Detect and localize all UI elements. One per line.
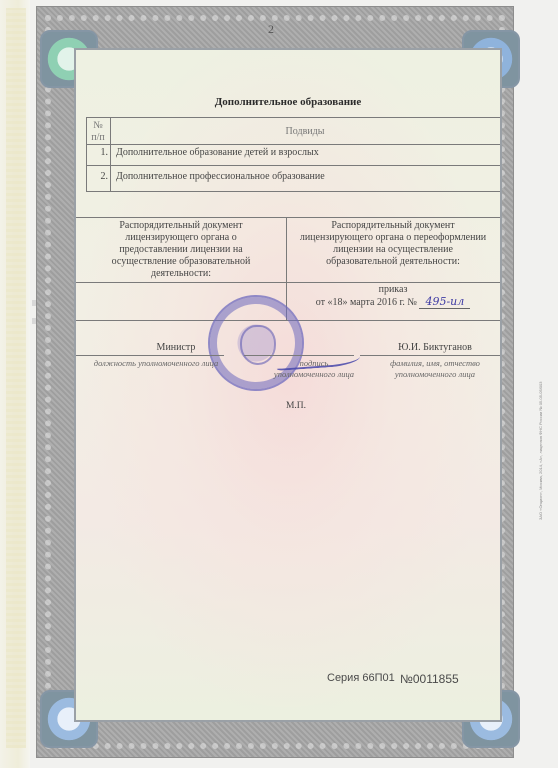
license-sheet: Дополнительное образование № п/п Подвиды… — [74, 48, 502, 722]
row-name: Дополнительное образование детей и взрос… — [116, 147, 319, 159]
order-number: 495-ил — [419, 295, 470, 309]
form-number: №0011855 — [400, 672, 459, 686]
paper-edge-left — [0, 0, 30, 768]
row-number: 2. — [88, 171, 108, 183]
signer-position: Министр — [116, 342, 236, 354]
table-rule — [86, 165, 500, 166]
header-number-line: п/п — [86, 132, 110, 144]
table-rule — [86, 144, 500, 145]
signature-rule — [360, 355, 500, 356]
header-subtype: Подвиды — [110, 126, 500, 138]
caption-line: подпись — [244, 358, 384, 369]
label-line: лицензирующего органа о — [80, 232, 282, 244]
reissuance-order: приказ от «18» марта 2016 г. № 495-ил — [288, 284, 498, 309]
label-line: деятельности: — [80, 268, 282, 280]
series-label: Серия — [327, 672, 359, 684]
page-number: 2 — [268, 22, 274, 37]
seal-place: М.П. — [266, 400, 326, 412]
number-value: 0011855 — [413, 672, 459, 686]
block-rule — [76, 217, 500, 218]
row-number: 1. — [88, 147, 108, 159]
caption-line: уполномоченного лица — [372, 369, 498, 380]
paper-edge-tint — [6, 8, 26, 748]
printer-imprint: ЗАО «Опцион», Москва, 2014, «А», лицензи… — [538, 320, 543, 520]
signature-rule — [244, 355, 354, 356]
signer-name: Ю.И. Биктуганов — [372, 342, 498, 354]
form-series: Серия 66П01 — [327, 672, 395, 684]
label-line: образовательной деятельности: — [288, 256, 498, 268]
label-line: Распорядительный документ — [80, 220, 282, 232]
label-line: предоставлении лицензии на — [80, 244, 282, 256]
number-label: № — [400, 672, 413, 686]
label-line: Распорядительный документ — [288, 220, 498, 232]
position-caption: должность уполномоченного лица — [76, 358, 236, 369]
label-line: лицензирующего органа о переоформлении — [288, 232, 498, 244]
label-line: осуществление образовательной — [80, 256, 282, 268]
signature-caption: подпись уполномоченного лица — [244, 358, 384, 380]
name-caption: фамилия, имя, отчество уполномоченного л… — [372, 358, 498, 380]
reissuance-doc-label: Распорядительный документ лицензирующего… — [288, 220, 498, 268]
header-number: № п/п — [86, 120, 110, 144]
row-name: Дополнительное профессиональное образова… — [116, 171, 325, 183]
caption-line: фамилия, имя, отчество — [372, 358, 498, 369]
series-value: 66П01 — [362, 672, 394, 684]
block-rule — [76, 282, 500, 283]
order-date: от «18» марта 2016 г. № — [316, 297, 417, 308]
issuance-doc-label: Распорядительный документ лицензирующего… — [80, 220, 282, 280]
signature-rule — [76, 355, 224, 356]
order-date-line: от «18» марта 2016 г. № 495-ил — [288, 296, 498, 309]
table-rule — [86, 117, 500, 118]
header-number-line: № — [86, 120, 110, 132]
caption-line: уполномоченного лица — [244, 369, 384, 380]
label-line: лицензии на осуществление — [288, 244, 498, 256]
table-rule — [86, 191, 500, 192]
section-title: Дополнительное образование — [76, 96, 500, 108]
